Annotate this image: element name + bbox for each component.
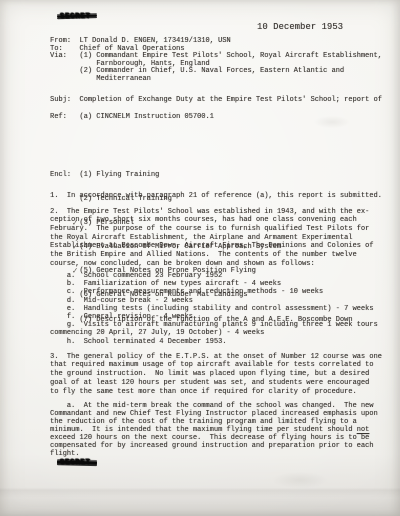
subject-line: Subj: Completion of Exchange Duty at the… — [50, 96, 382, 104]
course-schedule-list: a. School commenced 23 February 1952 b. … — [50, 272, 378, 346]
classification-stamp-top: SECRET — [60, 13, 91, 21]
paragraph-3a-text: exceed 120 hours on the next course. Thi… — [50, 434, 373, 458]
paragraph-2: 2. The Empire Test Pilots' School was es… — [50, 208, 373, 269]
date-text: 10 December 1953 — [257, 22, 343, 32]
classification-stamp-bottom: SECRET — [60, 459, 91, 467]
reference-line: Ref: (a) CINCNELM Instruction 05700.1 — [50, 113, 214, 121]
document-page: SECRET 10 December 1953 From: LT Donald … — [0, 0, 400, 516]
paragraph-3: 3. The general policy of the E.T.P.S. at… — [50, 353, 382, 398]
paragraph-1: 1. In accordance with paragraph 21 of re… — [50, 192, 382, 200]
from-to-via-block: From: LT Donald D. ENGEN, 173419/1310, U… — [50, 38, 382, 84]
paragraph-3a: a. At the mid-term break the command of … — [50, 402, 378, 458]
enclosure-row: (2) Technical Training — [50, 171, 352, 179]
enclosure-row: Encl: (1) Flying Training — [50, 147, 352, 155]
paragraph-3a-text: a. At the mid-term break the command of … — [50, 402, 378, 434]
underlined-word: not — [357, 426, 370, 434]
